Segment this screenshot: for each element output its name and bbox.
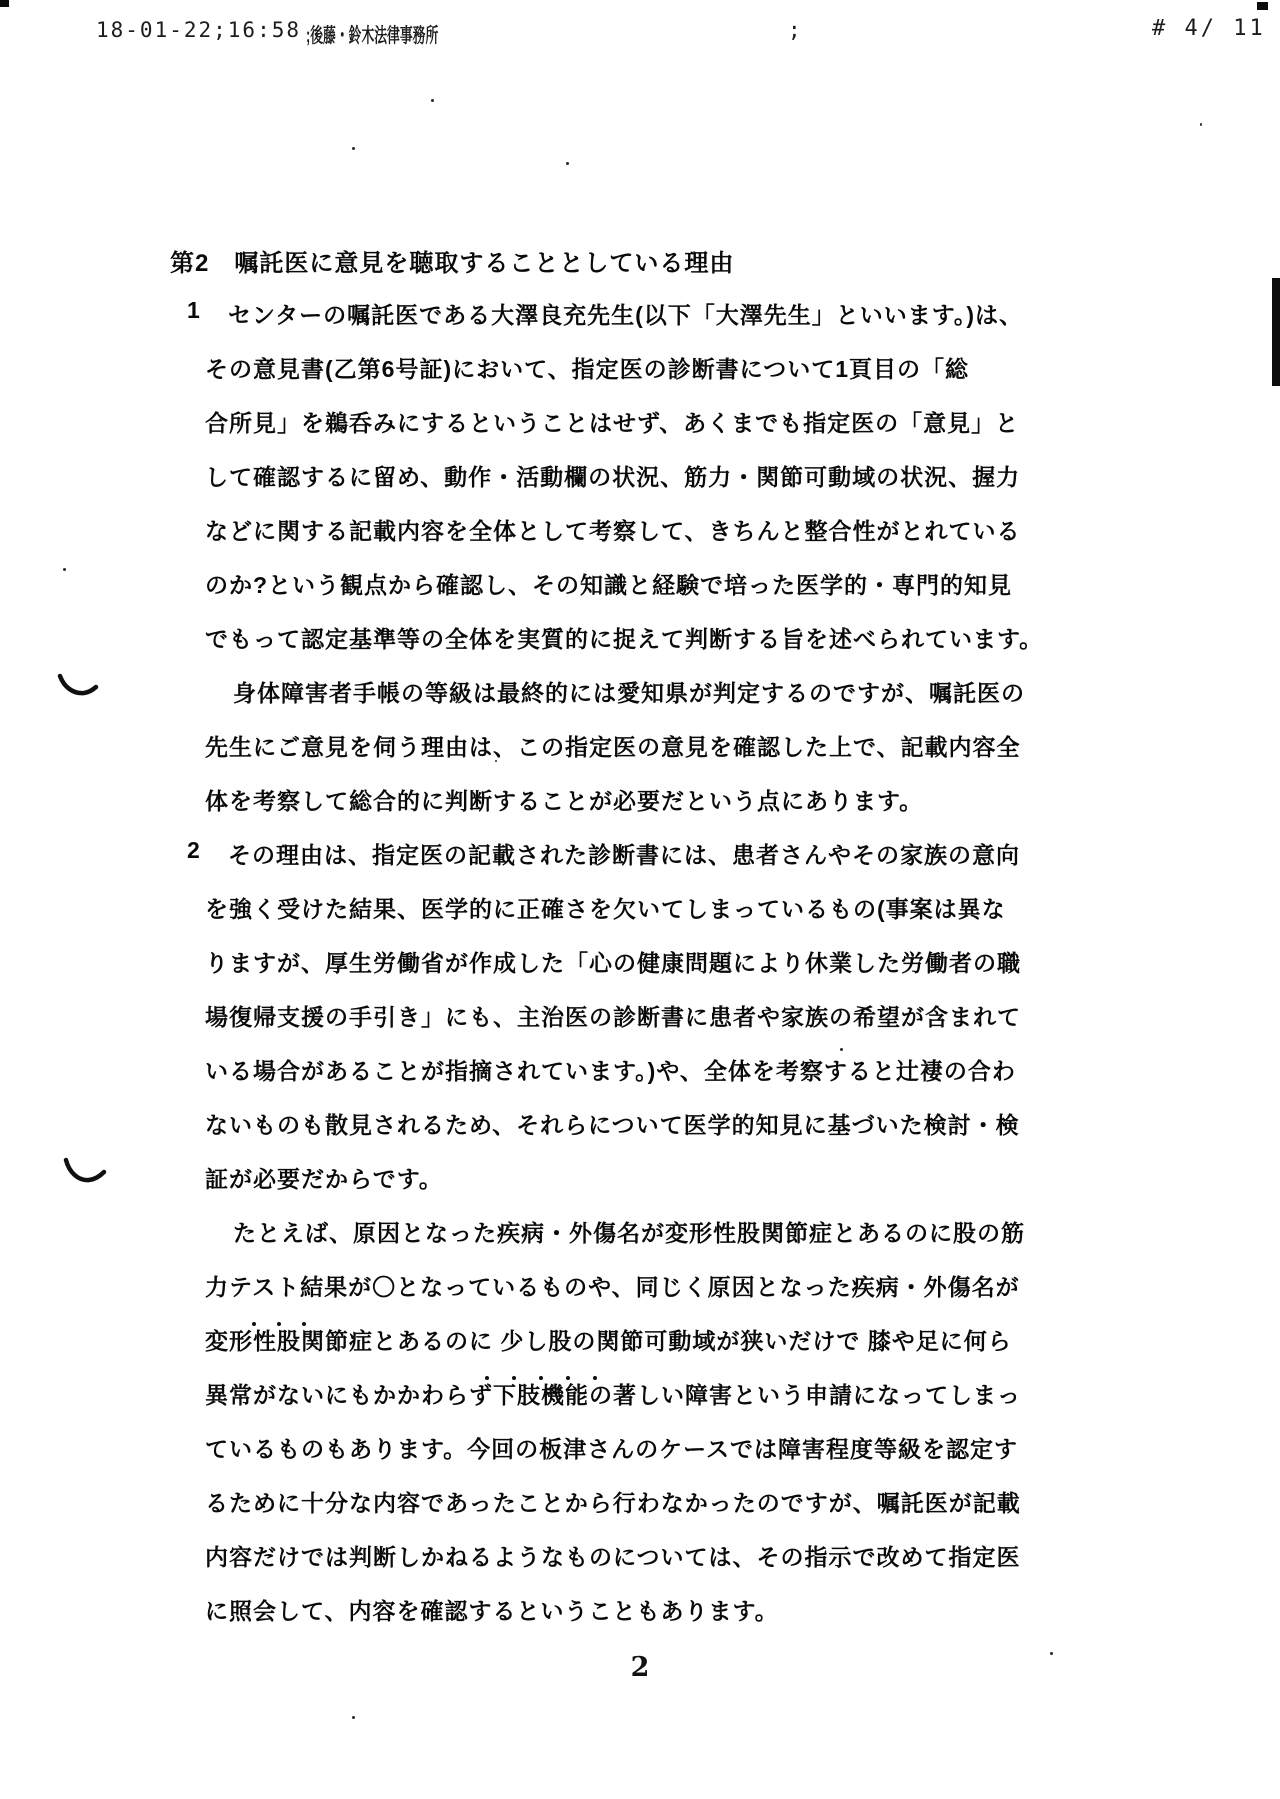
document-line: でもって認定基準等の全体を実質的に捉えて判断する旨を述べられています。 [205,621,1043,661]
document-line: 合所見」を鵜呑みにするということはせず、あくまでも指定医の「意見」と [205,405,1019,445]
scan-artifact [1257,2,1268,10]
line-text: 力テスト結果が〇となっているものや、同じく原因となった疾病・外傷名が [205,1274,1020,1300]
document-line: 身体障害者手帳の等級は最終的には愛知県が判定するのですが、嘱託医の [205,675,1025,715]
scan-noise-dot [352,1716,355,1719]
scan-noise-dot [352,147,355,150]
document-line: 1センターの嘱託医である大澤良充先生(以下「大澤先生」といいます。)は、 [205,297,1023,337]
document-line: その意見書(乙第6号証)において、指定医の診断書について1頁目の「総 [205,351,969,391]
scan-noise-dot [495,760,497,762]
document-line: ないものも散見されるため、それらについて医学的知見に基づいた検討・検 [205,1107,1020,1147]
document-line: 2その理由は、指定医の記載された診断書には、患者さんやその家族の意向 [205,837,1020,877]
scan-noise-dot [63,568,66,571]
document-line: に照会して、内容を確認するということもあります。 [205,1593,779,1633]
line-text: 合所見」を鵜呑みにするということはせず、あくまでも指定医の「意見」と [205,410,1019,436]
line-text: たとえば、原因となった疾病・外傷名が変形性股関節症とあるのに股の筋 [233,1215,1025,1248]
emphasis-dot [593,1376,597,1380]
emphasis-dot [277,1322,281,1326]
scan-noise-dot [431,99,434,102]
paragraph-number: 2 [187,837,201,864]
document-line: ているものもあります。今回の板津さんのケースでは障害程度等級を認定す [205,1431,1018,1471]
document-lines: 1センターの嘱託医である大澤良充先生(以下「大澤先生」といいます。)は、その意見… [0,0,1280,1799]
line-text: るために十分な内容であったことから行わなかったのですが、嘱託医が記載 [205,1490,1021,1516]
line-text: ないものも散見されるため、それらについて医学的知見に基づいた検討・検 [205,1112,1020,1138]
document-line: 体を考察して総合的に判断することが必要だという点にあります。 [205,783,923,823]
scan-noise-dot [1050,1652,1053,1655]
line-text: などに関する記載内容を全体として考察して、きちんと整合性がとれている [205,518,1021,544]
document-line: 先生にご意見を伺う理由は、この指定医の意見を確認した上で、記載内容全 [205,729,1021,769]
handwritten-check-mark [57,672,99,700]
document-line: 証が必要だからです。 [205,1161,443,1201]
emphasis-dot [566,1376,570,1380]
scan-artifact [0,0,9,7]
document-line: いる場合があることが指摘されています。)や、全体を考察すると辻褄の合わ [205,1053,1016,1093]
paragraph-number: 1 [187,297,201,324]
scan-noise-dot [905,905,907,907]
document-line: 変形性股関節症とあるのに 少し股の関節可動域が狭いだけで 膝や足に何ら [205,1323,1012,1363]
line-text: 異常がないにもかかわらず下肢機能の著しい障害という申請になってしまっ [205,1382,1021,1408]
scan-artifact [1272,278,1280,386]
line-text: りますが、厚生労働省が作成した「心の健康問題により休業した労働者の職 [205,950,1021,976]
emphasis-dot [485,1376,489,1380]
document-line: 力テスト結果が〇となっているものや、同じく原因となった疾病・外傷名が [205,1269,1020,1309]
document-line: して確認するに留め、動作・活動欄の状況、筋力・関節可動域の状況、握力 [205,459,1020,499]
line-text: して確認するに留め、動作・活動欄の状況、筋力・関節可動域の状況、握力 [205,464,1020,490]
scan-noise-dot [1200,123,1202,126]
emphasis-dot [252,1322,256,1326]
document-line: りますが、厚生労働省が作成した「心の健康問題により休業した労働者の職 [205,945,1021,985]
document-line: のか?という観点から確認し、その知識と経験で培った医学的・専門的知見 [205,567,1012,607]
line-text: のか?という観点から確認し、その知識と経験で培った医学的・専門的知見 [205,572,1012,598]
emphasis-dot [302,1322,306,1326]
line-text: いる場合があることが指摘されています。)や、全体を考察すると辻褄の合わ [205,1058,1016,1084]
line-text: 体を考察して総合的に判断することが必要だという点にあります。 [205,788,923,814]
line-text: 身体障害者手帳の等級は最終的には愛知県が判定するのですが、嘱託医の [233,675,1025,708]
scan-noise-dot [566,162,569,165]
page-number: 2 [560,1652,720,1683]
emphasis-dot [512,1376,516,1380]
line-text: ているものもあります。今回の板津さんのケースでは障害程度等級を認定す [205,1436,1018,1462]
line-text: 内容だけでは判断しかねるようなものについては、その指示で改めて指定医 [205,1544,1021,1570]
line-text: でもって認定基準等の全体を実質的に捉えて判断する旨を述べられています。 [205,626,1043,652]
line-text: 証が必要だからです。 [205,1166,443,1192]
document-line: 内容だけでは判断しかねるようなものについては、その指示で改めて指定医 [205,1539,1021,1579]
line-text: を強く受けた結果、医学的に正確さを欠いてしまっているもの(事案は異な [205,896,1006,922]
handwritten-check-mark [63,1156,107,1186]
line-text: 先生にご意見を伺う理由は、この指定医の意見を確認した上で、記載内容全 [205,734,1021,760]
document-line: たとえば、原因となった疾病・外傷名が変形性股関節症とあるのに股の筋 [205,1215,1025,1255]
line-text: その理由は、指定医の記載された診断書には、患者さんやその家族の意向 [228,837,1020,870]
document-line: るために十分な内容であったことから行わなかったのですが、嘱託医が記載 [205,1485,1021,1525]
document-line: を強く受けた結果、医学的に正確さを欠いてしまっているもの(事案は異な [205,891,1006,931]
document-line: 場復帰支援の手引き」にも、主治医の診断書に患者や家族の希望が含まれて [205,999,1021,1039]
line-text: 変形性股関節症とあるのに 少し股の関節可動域が狭いだけで 膝や足に何ら [205,1328,1012,1354]
document-line: 異常がないにもかかわらず下肢機能の著しい障害という申請になってしまっ [205,1377,1021,1417]
line-text: センターの嘱託医である大澤良充先生(以下「大澤先生」といいます。)は、 [228,297,1023,330]
line-text: に照会して、内容を確認するということもあります。 [205,1598,779,1624]
line-text: その意見書(乙第6号証)において、指定医の診断書について1頁目の「総 [205,356,969,382]
emphasis-dot [539,1376,543,1380]
scan-noise-dot [840,1048,843,1051]
line-text: 場復帰支援の手引き」にも、主治医の診断書に患者や家族の希望が含まれて [205,1004,1021,1030]
document-line: などに関する記載内容を全体として考察して、きちんと整合性がとれている [205,513,1021,553]
